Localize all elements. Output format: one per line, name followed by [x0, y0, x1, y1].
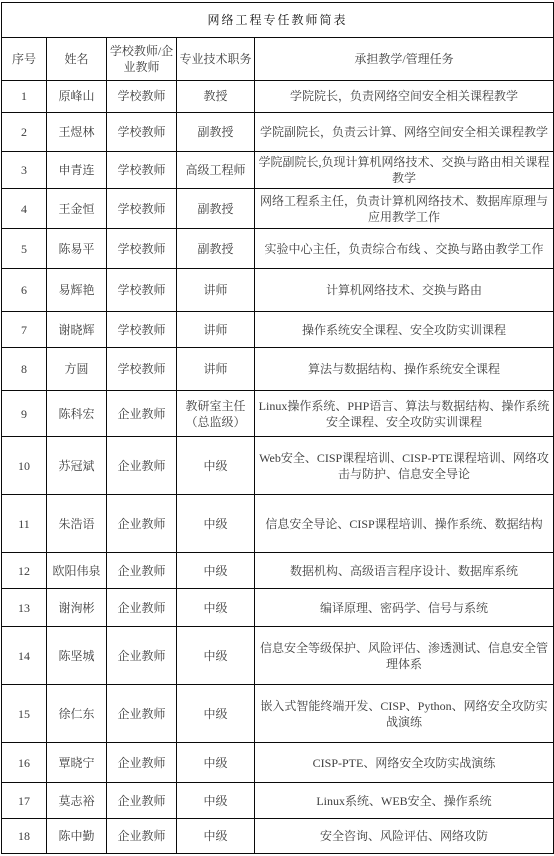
table-row: 11朱浩语企业教师中级信息安全导论、CISP课程培训、操作系统、数据结构: [2, 495, 554, 553]
tech-title-cell: 讲师: [177, 348, 255, 391]
row-number-cell: 3: [2, 152, 47, 189]
tasks-cell: 数据机构、高级语言程序设计、数据库系统: [255, 553, 554, 589]
tasks-cell: 嵌入式智能终端开发、CISP、Python、网络安全攻防实战演练: [255, 685, 554, 743]
row-number-cell: 8: [2, 348, 47, 391]
teacher-type-cell: 企业教师: [107, 391, 177, 437]
table-title: 网络工程专任教师简表: [2, 3, 554, 38]
teacher-name-cell: 朱浩语: [47, 495, 107, 553]
tasks-cell: 操作系统安全课程、安全攻防实训课程: [255, 312, 554, 348]
teacher-type-cell: 企业教师: [107, 743, 177, 783]
tech-title-cell: 中级: [177, 685, 255, 743]
tasks-cell: 编译原理、密码学、信号与系统: [255, 589, 554, 627]
teacher-type-cell: 企业教师: [107, 495, 177, 553]
tech-title-cell: 副教授: [177, 113, 255, 152]
header-title: 专业技术职务: [177, 38, 255, 81]
teacher-type-cell: 学校教师: [107, 269, 177, 312]
header-type: 学校教师/企业教师: [107, 38, 177, 81]
teacher-name-cell: 苏冠斌: [47, 437, 107, 495]
row-number-cell: 1: [2, 81, 47, 113]
row-number-cell: 12: [2, 553, 47, 589]
teacher-type-cell: 企业教师: [107, 627, 177, 685]
header-no: 序号: [2, 38, 47, 81]
tech-title-cell: 中级: [177, 495, 255, 553]
table-row: 9陈科宏企业教师教研室主任（总监级）Linux操作系统、PHP语言、算法与数据结…: [2, 391, 554, 437]
teacher-name-cell: 陈科宏: [47, 391, 107, 437]
row-number-cell: 16: [2, 743, 47, 783]
row-number-cell: 2: [2, 113, 47, 152]
table-title-row: 网络工程专任教师简表: [2, 3, 554, 38]
teacher-name-cell: 欧阳伟泉: [47, 553, 107, 589]
tech-title-cell: 讲师: [177, 269, 255, 312]
table-header-row: 序号 姓名 学校教师/企业教师 专业技术职务 承担教学/管理任务: [2, 38, 554, 81]
table-row: 2王煜林学校教师副教授学院副院长，负责云计算、网络空间安全相关课程教学: [2, 113, 554, 152]
teacher-name-cell: 徐仁东: [47, 685, 107, 743]
row-number-cell: 13: [2, 589, 47, 627]
row-number-cell: 9: [2, 391, 47, 437]
tasks-cell: 学院副院长，负责云计算、网络空间安全相关课程教学: [255, 113, 554, 152]
tasks-cell: 信息安全等级保护、风险评估、渗透测试、信息安全管理体系: [255, 627, 554, 685]
table-row: 5陈易平学校教师副教授实验中心主任，负责综合布线 、交换与路由教学工作: [2, 229, 554, 269]
tech-title-cell: 高级工程师: [177, 152, 255, 189]
table-row: 6易辉艳学校教师讲师计算机网络技术、交换与路由: [2, 269, 554, 312]
row-number-cell: 18: [2, 819, 47, 854]
table-row: 14陈坚城企业教师中级信息安全等级保护、风险评估、渗透测试、信息安全管理体系: [2, 627, 554, 685]
tech-title-cell: 中级: [177, 589, 255, 627]
row-number-cell: 5: [2, 229, 47, 269]
tech-title-cell: 教授: [177, 81, 255, 113]
tasks-cell: 学院副院长,负现计算机网络技术、交换与路由相关课程教学: [255, 152, 554, 189]
page: 网络工程专任教师简表 序号 姓名 学校教师/企业教师 专业技术职务 承担教学/管…: [0, 0, 554, 856]
teacher-name-cell: 申青连: [47, 152, 107, 189]
row-number-cell: 7: [2, 312, 47, 348]
tech-title-cell: 讲师: [177, 312, 255, 348]
row-number-cell: 17: [2, 783, 47, 819]
teacher-type-cell: 企业教师: [107, 589, 177, 627]
table-row: 13谢洵彬企业教师中级编译原理、密码学、信号与系统: [2, 589, 554, 627]
table-body: 1原峰山学校教师教授学院院长，负责网络空间安全相关课程教学2王煜林学校教师副教授…: [2, 81, 554, 854]
teacher-type-cell: 学校教师: [107, 113, 177, 152]
tasks-cell: 算法与数据结构、操作系统安全课程: [255, 348, 554, 391]
teacher-type-cell: 学校教师: [107, 81, 177, 113]
header-name: 姓名: [47, 38, 107, 81]
tasks-cell: 计算机网络技术、交换与路由: [255, 269, 554, 312]
teacher-name-cell: 陈坚城: [47, 627, 107, 685]
teacher-name-cell: 谢洵彬: [47, 589, 107, 627]
tech-title-cell: 中级: [177, 437, 255, 495]
tasks-cell: Web安全、CISP课程培训、CISP-PTE课程培训、网络攻击与防护、信息安全…: [255, 437, 554, 495]
table-row: 10苏冠斌企业教师中级Web安全、CISP课程培训、CISP-PTE课程培训、网…: [2, 437, 554, 495]
teacher-name-cell: 方圆: [47, 348, 107, 391]
teacher-type-cell: 企业教师: [107, 553, 177, 589]
teacher-type-cell: 学校教师: [107, 152, 177, 189]
table-row: 16覃晓宁企业教师中级CISP-PTE、网络安全攻防实战演练: [2, 743, 554, 783]
table-row: 12欧阳伟泉企业教师中级数据机构、高级语言程序设计、数据库系统: [2, 553, 554, 589]
tech-title-cell: 副教授: [177, 189, 255, 229]
row-number-cell: 4: [2, 189, 47, 229]
teacher-name-cell: 谢晓辉: [47, 312, 107, 348]
row-number-cell: 14: [2, 627, 47, 685]
teacher-type-cell: 学校教师: [107, 189, 177, 229]
tasks-cell: 实验中心主任，负责综合布线 、交换与路由教学工作: [255, 229, 554, 269]
table-row: 3申青连学校教师高级工程师学院副院长,负现计算机网络技术、交换与路由相关课程教学: [2, 152, 554, 189]
teacher-name-cell: 原峰山: [47, 81, 107, 113]
teacher-type-cell: 企业教师: [107, 783, 177, 819]
table-row: 15徐仁东企业教师中级嵌入式智能终端开发、CISP、Python、网络安全攻防实…: [2, 685, 554, 743]
teacher-type-cell: 企业教师: [107, 685, 177, 743]
tech-title-cell: 中级: [177, 783, 255, 819]
tech-title-cell: 教研室主任（总监级）: [177, 391, 255, 437]
teacher-name-cell: 陈易平: [47, 229, 107, 269]
row-number-cell: 11: [2, 495, 47, 553]
teacher-type-cell: 学校教师: [107, 348, 177, 391]
tech-title-cell: 中级: [177, 819, 255, 854]
table-row: 18陈中勤企业教师中级安全咨询、风险评估、网络攻防: [2, 819, 554, 854]
tech-title-cell: 中级: [177, 627, 255, 685]
tasks-cell: CISP-PTE、网络安全攻防实战演练: [255, 743, 554, 783]
teacher-name-cell: 覃晓宁: [47, 743, 107, 783]
teacher-type-cell: 企业教师: [107, 819, 177, 854]
teacher-name-cell: 莫志裕: [47, 783, 107, 819]
row-number-cell: 10: [2, 437, 47, 495]
table-row: 4王金恒学校教师副教授网络工程系主任，负责计算机网络技术、数据库原理与应用教学工…: [2, 189, 554, 229]
tasks-cell: 信息安全导论、CISP课程培训、操作系统、数据结构: [255, 495, 554, 553]
tech-title-cell: 中级: [177, 743, 255, 783]
teacher-name-cell: 易辉艳: [47, 269, 107, 312]
table-row: 8方圆学校教师讲师算法与数据结构、操作系统安全课程: [2, 348, 554, 391]
teacher-name-cell: 王煜林: [47, 113, 107, 152]
table-row: 17莫志裕企业教师中级Linux系统、WEB安全、操作系统: [2, 783, 554, 819]
tasks-cell: 安全咨询、风险评估、网络攻防: [255, 819, 554, 854]
teacher-name-cell: 王金恒: [47, 189, 107, 229]
teacher-roster-table: 网络工程专任教师简表 序号 姓名 学校教师/企业教师 专业技术职务 承担教学/管…: [1, 2, 554, 854]
tasks-cell: Linux系统、WEB安全、操作系统: [255, 783, 554, 819]
teacher-type-cell: 企业教师: [107, 437, 177, 495]
tech-title-cell: 副教授: [177, 229, 255, 269]
teacher-name-cell: 陈中勤: [47, 819, 107, 854]
row-number-cell: 6: [2, 269, 47, 312]
header-tasks: 承担教学/管理任务: [255, 38, 554, 81]
teacher-type-cell: 学校教师: [107, 229, 177, 269]
tasks-cell: Linux操作系统、PHP语言、算法与数据结构、操作系统安全课程、安全攻防实训课…: [255, 391, 554, 437]
row-number-cell: 15: [2, 685, 47, 743]
tech-title-cell: 中级: [177, 553, 255, 589]
tasks-cell: 学院院长，负责网络空间安全相关课程教学: [255, 81, 554, 113]
table-row: 7谢晓辉学校教师讲师操作系统安全课程、安全攻防实训课程: [2, 312, 554, 348]
tasks-cell: 网络工程系主任，负责计算机网络技术、数据库原理与应用教学工作: [255, 189, 554, 229]
teacher-type-cell: 学校教师: [107, 312, 177, 348]
table-row: 1原峰山学校教师教授学院院长，负责网络空间安全相关课程教学: [2, 81, 554, 113]
